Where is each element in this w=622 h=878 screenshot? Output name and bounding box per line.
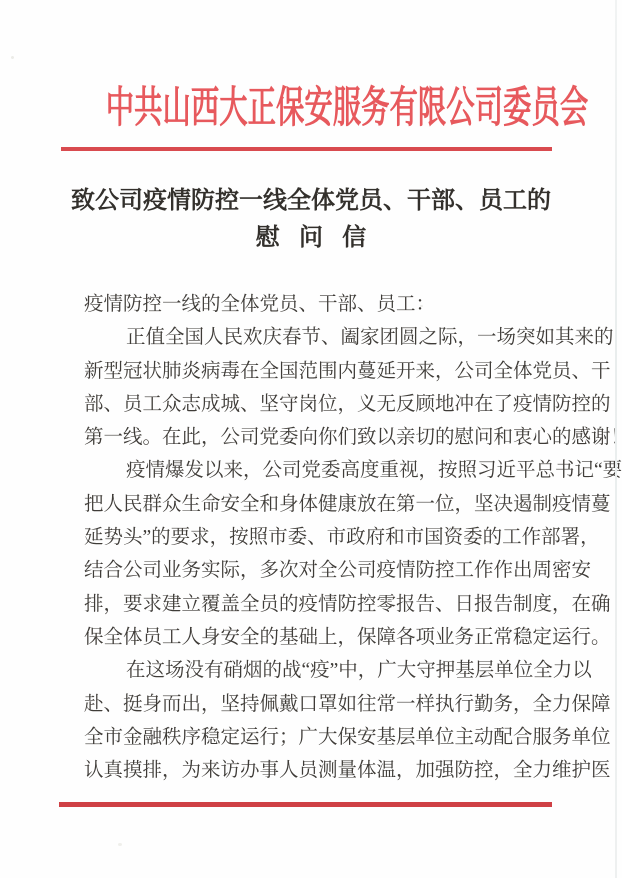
- body-text-line: 第一线。在此，公司党委向你们致以亲切的慰问和衷心的感谢！: [84, 421, 545, 454]
- salutation-line: 疫情防控一线的全体党员、干部、员工：: [84, 288, 545, 321]
- body-text-line: 全市金融秩序稳定运行；广大保安基层单位主动配合服务单位: [84, 721, 545, 754]
- scan-speck: [11, 56, 14, 59]
- scanned-letter-page: 中共山西大正保安服务有限公司委员会 致公司疫情防控一线全体党员、干部、员工的 慰…: [0, 0, 622, 878]
- body-text-line: 新型冠状肺炎病毒在全国范围内蔓延开来，公司全体党员、干: [84, 355, 545, 388]
- body-text-line: 部、员工众志成城、坚守岗位，义无反顾地冲在了疫情防控的: [84, 388, 545, 421]
- letter-title-line2: 慰问信: [0, 220, 622, 257]
- scan-speck: [118, 843, 122, 846]
- letter-body: 疫情防控一线的全体党员、干部、员工： 正值全国人民欢庆春节、阖家团圆之际，一场突…: [84, 288, 545, 787]
- scan-speck: [420, 305, 423, 307]
- body-text-line: 赴、挺身而出，坚持佩戴口罩如往常一样执行勤务，全力保障: [84, 688, 545, 721]
- letterhead-double-rule: [61, 147, 552, 151]
- body-text-line: 延势头”的要求，按照市委、市政府和市国资委的工作部署，: [84, 521, 545, 554]
- letterhead-org-name: 中共山西大正保安服务有限公司委员会: [106, 82, 517, 136]
- body-text-line: 结合公司业务实际，多次对全公司疫情防控工作作出周密安: [84, 554, 545, 587]
- scan-edge-artifact: [615, 0, 617, 878]
- body-text-line: 排，要求建立覆盖全员的疫情防控零报告、日报告制度，在确: [84, 588, 545, 621]
- body-text-line: 疫情爆发以来，公司党委高度重视，按照习近平总书记“要: [84, 454, 545, 487]
- letter-title: 致公司疫情防控一线全体党员、干部、员工的 慰问信: [0, 183, 622, 257]
- body-paragraph-lines: 正值全国人民欢庆春节、阖家团圆之际，一场突如其来的新型冠状肺炎病毒在全国范围内蔓…: [84, 321, 545, 787]
- body-text-line: 正值全国人民欢庆春节、阖家团圆之际，一场突如其来的: [84, 321, 545, 354]
- body-text-line: 认真摸排，为来访办事人员测量体温，加强防控，全力维护医: [84, 754, 545, 787]
- body-text-line: 在这场没有硝烟的战“疫”中，广大守押基层单位全力以: [84, 654, 545, 687]
- footer-double-rule: [59, 802, 552, 807]
- body-text-line: 把人民群众生命安全和身体健康放在第一位，坚决遏制疫情蔓: [84, 488, 545, 521]
- body-text-line: 保全体员工人身安全的基础上，保障各项业务正常稳定运行。: [84, 621, 545, 654]
- letter-title-line1: 致公司疫情防控一线全体党员、干部、员工的: [0, 183, 622, 220]
